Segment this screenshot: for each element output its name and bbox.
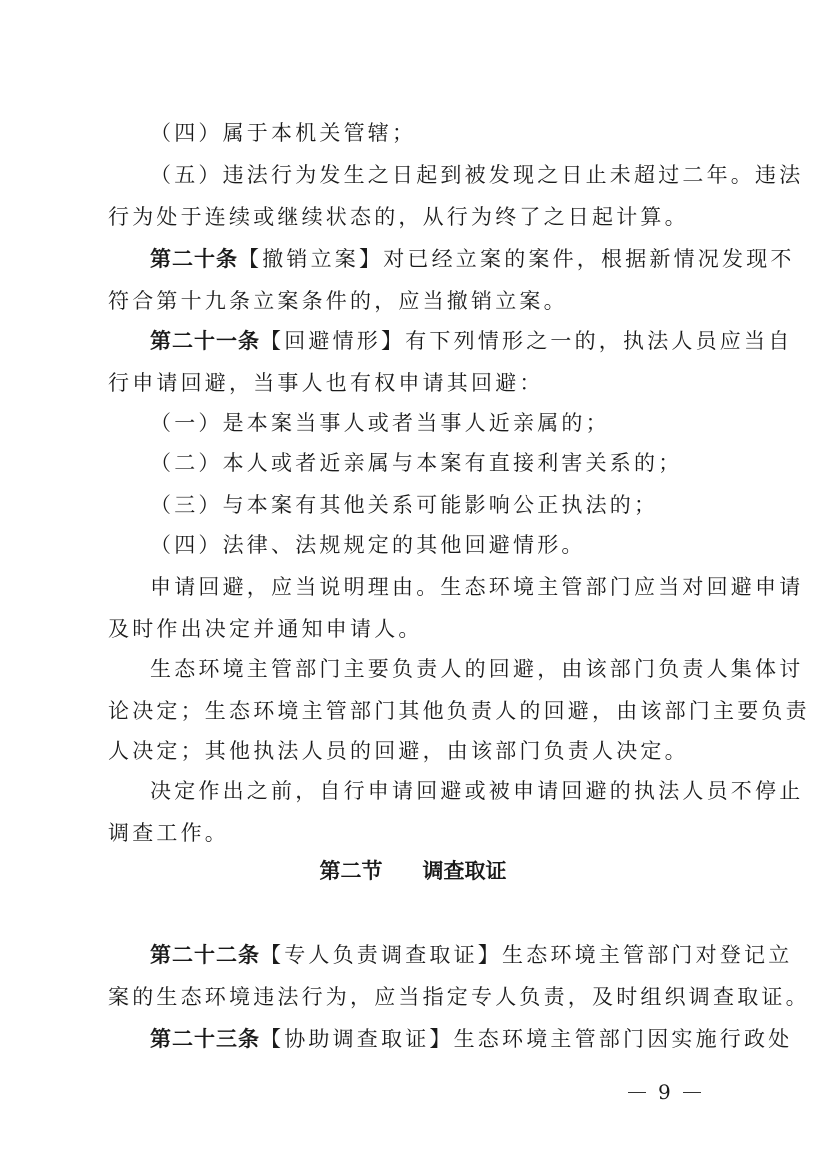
text-line: 人决定；其他执法人员的回避，由该部门负责人决定。	[108, 736, 718, 766]
text-line: 案的生态环境违法行为，应当指定专人负责，及时组织调查取证。	[108, 982, 718, 1012]
line-text: 【协助调查取证】生态环境主管部门因实施行政处	[260, 1027, 792, 1051]
text-line: 论决定；生态环境主管部门其他负责人的回避，由该部门主要负责	[108, 696, 718, 726]
line-text: 调查工作。	[108, 821, 229, 845]
text-line: 调查工作。	[108, 818, 718, 848]
text-line: 第二十一条【回避情形】有下列情形之一的，执法人员应当自	[150, 326, 760, 356]
text-line: （四）法律、法规规定的其他回避情形。	[150, 530, 760, 560]
line-text: 行申请回避，当事人也有权申请其回避：	[108, 371, 544, 395]
section-number: 第二节	[320, 856, 383, 886]
line-text: 【专人负责调查取证】生态环境主管部门对登记立	[260, 943, 792, 967]
line-text: 案的生态环境违法行为，应当指定专人负责，及时组织调查取证。	[108, 985, 810, 1009]
text-line: 第二十条【撤销立案】对已经立案的案件，根据新情况发现不	[150, 244, 760, 274]
line-text: 【回避情形】有下列情形之一的，执法人员应当自	[260, 329, 792, 353]
line-text: （四）属于本机关管辖；	[150, 121, 416, 145]
text-line: 及时作出决定并通知申请人。	[108, 614, 718, 644]
dash-right	[683, 1092, 701, 1093]
text-line: 符合第十九条立案条件的，应当撤销立案。	[108, 286, 718, 316]
line-text: 人决定；其他执法人员的回避，由该部门负责人决定。	[108, 739, 689, 763]
text-line: 申请回避，应当说明理由。生态环境主管部门应当对回避申请	[150, 572, 760, 602]
page-number-value: 9	[658, 1078, 671, 1106]
text-line: 决定作出之前，自行申请回避或被申请回避的执法人员不停止	[150, 776, 760, 806]
line-text: 符合第十九条立案条件的，应当撤销立案。	[108, 289, 568, 313]
article-number: 第二十二条	[150, 942, 260, 967]
section-title: 调查取证	[423, 856, 507, 886]
line-text: 行为处于连续或继续状态的，从行为终了之日起计算。	[108, 205, 689, 229]
line-text: （一）是本案当事人或者当事人近亲属的；	[150, 411, 610, 435]
line-text: 论决定；生态环境主管部门其他负责人的回避，由该部门主要负责	[108, 699, 810, 723]
text-line: （四）属于本机关管辖；	[150, 118, 760, 148]
article-number: 第二十一条	[150, 328, 260, 353]
text-line: （二）本人或者近亲属与本案有直接利害关系的；	[150, 448, 760, 478]
line-text: 生态环境主管部门主要负责人的回避，由该部门负责人集体讨	[150, 657, 803, 681]
line-text: （四）法律、法规规定的其他回避情形。	[150, 533, 586, 557]
line-text: 决定作出之前，自行申请回避或被申请回避的执法人员不停止	[150, 779, 803, 803]
text-line: 行申请回避，当事人也有权申请其回避：	[108, 368, 718, 398]
article-number: 第二十条	[150, 246, 238, 271]
text-line: （一）是本案当事人或者当事人近亲属的；	[150, 408, 760, 438]
line-text: 及时作出决定并通知申请人。	[108, 617, 423, 641]
section-heading: 第二节调查取证	[0, 856, 826, 886]
text-line: 第二十二条【专人负责调查取证】生态环境主管部门对登记立	[150, 940, 760, 970]
line-text: （二）本人或者近亲属与本案有直接利害关系的；	[150, 451, 682, 475]
line-text: （五）违法行为发生之日起到被发现之日止未超过二年。违法	[150, 163, 803, 187]
text-line: 第二十三条【协助调查取证】生态环境主管部门因实施行政处	[150, 1024, 760, 1054]
text-line: （三）与本案有其他关系可能影响公正执法的；	[150, 490, 760, 520]
article-number: 第二十三条	[150, 1026, 260, 1051]
page-number: 9	[628, 1078, 701, 1106]
text-line: （五）违法行为发生之日起到被发现之日止未超过二年。违法	[150, 160, 760, 190]
text-line: 行为处于连续或继续状态的，从行为终了之日起计算。	[108, 202, 718, 232]
dash-left	[628, 1092, 646, 1093]
text-line: 生态环境主管部门主要负责人的回避，由该部门负责人集体讨	[150, 654, 760, 684]
document-page: 第二节调查取证 9 （四）属于本机关管辖；（五）违法行为发生之日起到被发现之日止…	[0, 0, 826, 1169]
line-text: 申请回避，应当说明理由。生态环境主管部门应当对回避申请	[150, 575, 803, 599]
line-text: （三）与本案有其他关系可能影响公正执法的；	[150, 493, 658, 517]
line-text: 【撤销立案】对已经立案的案件，根据新情况发现不	[238, 247, 795, 271]
